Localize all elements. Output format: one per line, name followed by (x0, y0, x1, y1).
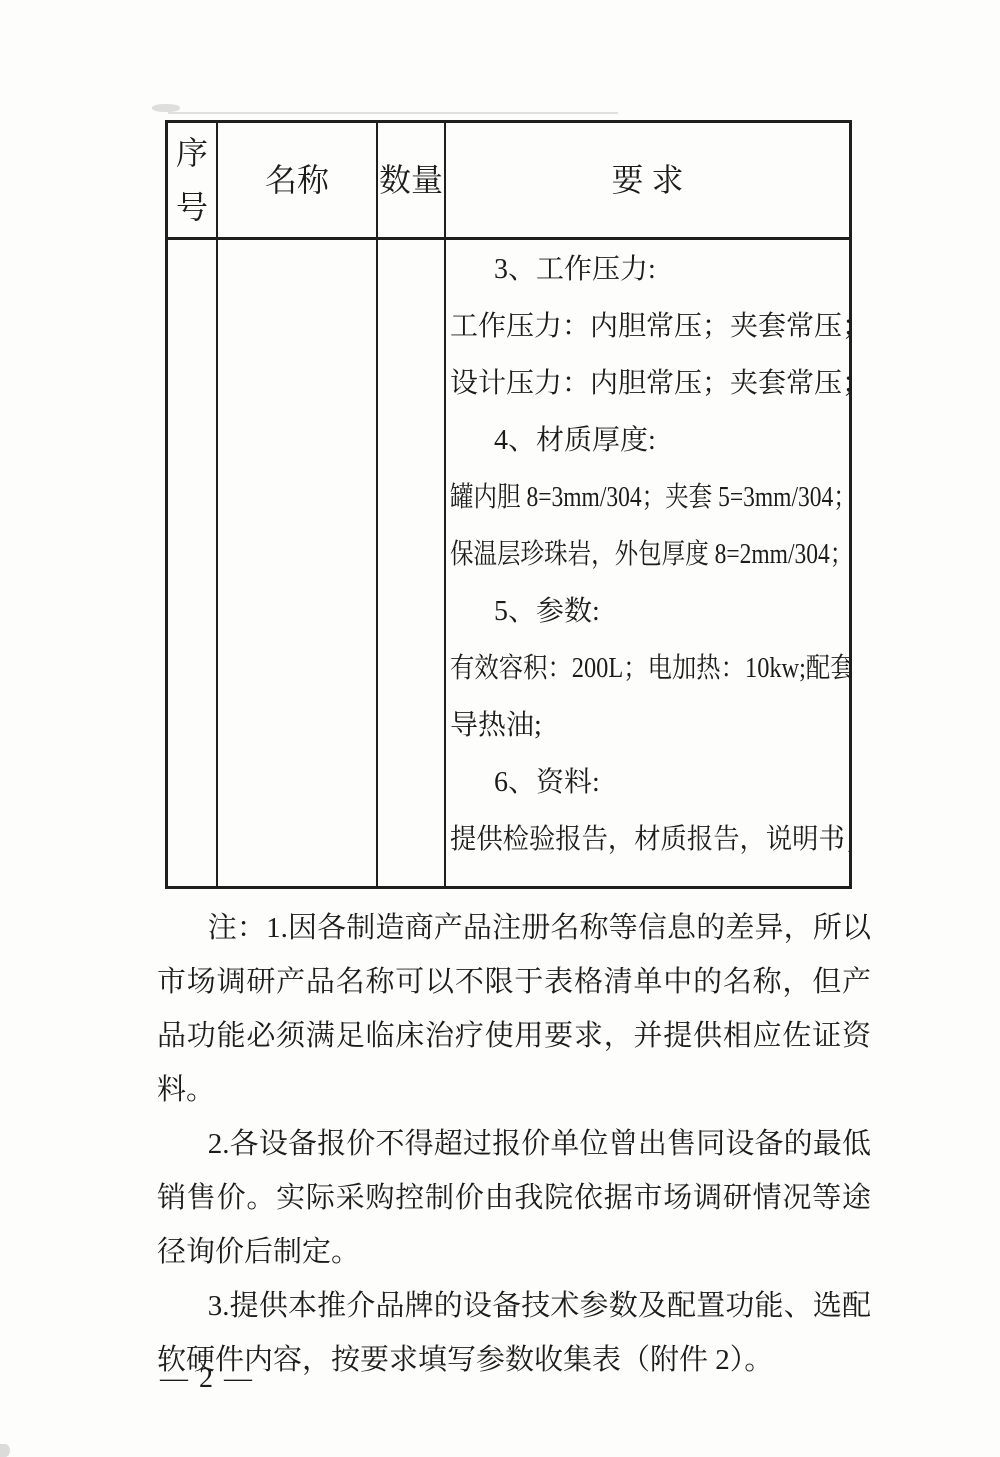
document-page: 序号 名称 数量 要 求 3、工作压力: 工作压力：内胆常压；夹套常压； 设计压… (0, 0, 1000, 1457)
header-cell-index: 序号 (168, 123, 218, 237)
requirement-line: 提供检验报告，材质报告，说明书； (450, 811, 823, 868)
requirement-line: 4、材质厚度: (450, 412, 847, 469)
cell-requirement: 3、工作压力: 工作压力：内胆常压；夹套常压； 设计压力：内胆常压；夹套常压； … (446, 240, 849, 886)
cell-name (218, 240, 378, 886)
requirement-line: 5、参数: (450, 583, 847, 640)
requirement-line: 罐内胆 8=3mm/304；夹套 5=3mm/304； (450, 469, 783, 526)
cell-quantity (378, 240, 446, 886)
notes-section: 注：1.因各制造商产品注册名称等信息的差异，所以市场调研产品名称可以不限于表格清… (157, 901, 871, 1387)
requirement-line: 6、资料: (450, 754, 847, 811)
requirement-line: 保温层珍珠岩，外包厚度 8=2mm/304； (450, 526, 783, 583)
header-cell-quantity: 数量 (378, 123, 446, 237)
spec-table: 序号 名称 数量 要 求 3、工作压力: 工作压力：内胆常压；夹套常压； 设计压… (165, 120, 852, 889)
cell-index (168, 240, 218, 886)
scan-artifact (0, 1444, 10, 1457)
note-paragraph: 3.提供本推介品牌的设备技术参数及配置功能、选配软硬件内容，按要求填写参数收集表… (157, 1279, 871, 1387)
header-cell-requirement: 要 求 (446, 123, 849, 237)
requirement-line: 工作压力：内胆常压；夹套常压； (450, 298, 847, 355)
requirement-line: 设计压力：内胆常压；夹套常压； (450, 355, 847, 412)
table-header-row: 序号 名称 数量 要 求 (168, 123, 849, 240)
page-number: — 2 — (160, 1362, 254, 1396)
scan-artifact (152, 104, 180, 112)
requirement-line: 3、工作压力: (450, 241, 847, 298)
note-paragraph: 2.各设备报价不得超过报价单位曾出售同设备的最低销售价。实际采购控制价由我院依据… (157, 1117, 871, 1279)
requirement-line: 导热油; (450, 697, 847, 754)
scan-artifact (168, 112, 618, 114)
table-row: 3、工作压力: 工作压力：内胆常压；夹套常压； 设计压力：内胆常压；夹套常压； … (168, 240, 849, 886)
note-paragraph: 注：1.因各制造商产品注册名称等信息的差异，所以市场调研产品名称可以不限于表格清… (157, 901, 871, 1117)
header-cell-name: 名称 (218, 123, 378, 237)
requirement-line: 有效容积：200L；电加热：10kw;配套 (450, 640, 795, 697)
